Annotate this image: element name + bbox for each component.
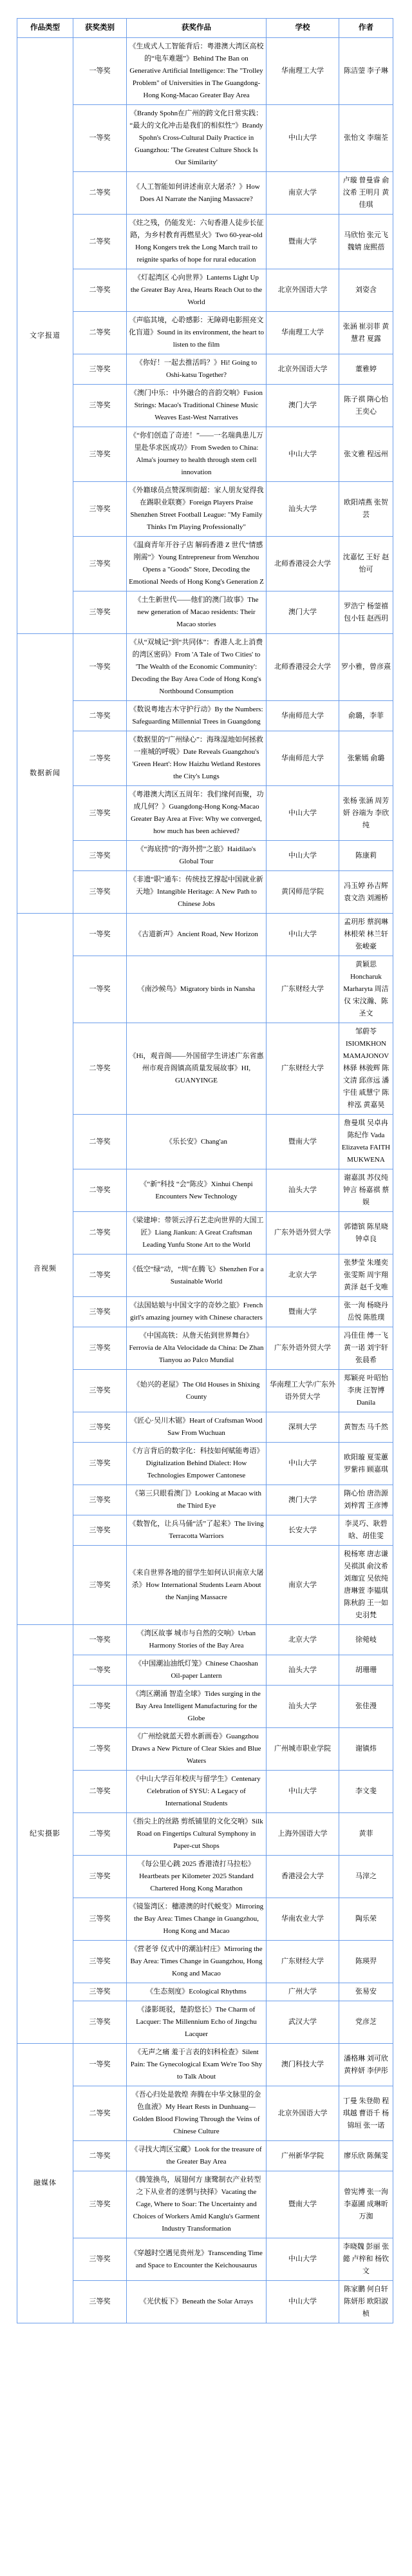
school-cell: 广州新华学院 bbox=[267, 2141, 339, 2171]
author-cell: 陈康莉 bbox=[339, 841, 393, 871]
school-cell: 暨南大学 bbox=[267, 215, 339, 269]
work-cell: 《漆影斑驳，楚韵悠长》The Charm of Lacquer: The Mil… bbox=[127, 2001, 267, 2044]
table-row: 三等奖《澳门中乐：中外融合的音韵交响》Fusion Strings: Macao… bbox=[17, 385, 393, 427]
school-cell: 华南师范大学 bbox=[267, 731, 339, 786]
award-cell: 三等奖 bbox=[73, 2171, 127, 2238]
author-cell: 张一洵 杨晓丹 岳悦 陈胜璞 bbox=[339, 1297, 393, 1327]
work-cell: 《来自世界各地的留学生如何认识南京大屠杀》How International S… bbox=[127, 1546, 267, 1625]
author-cell: 陈瑛羿 bbox=[339, 1941, 393, 1983]
author-cell: 李晓魏 彭丽 张懿 卢梓和 杨钦文 bbox=[339, 2238, 393, 2281]
award-cell: 三等奖 bbox=[73, 871, 127, 914]
work-cell: 《广州绘就蓝天碧水新画卷》Guangzhou Draws a New Pictu… bbox=[127, 1728, 267, 1771]
table-row: 一等奖《中国潮汕油纸灯笼》Chinese Chaoshan Oil-paper … bbox=[17, 1655, 393, 1686]
table-row: 三等奖《“海底捞”的“海外捞”之旅》Haidilao's Global Tour… bbox=[17, 841, 393, 871]
award-cell: 三等奖 bbox=[73, 1443, 127, 1485]
award-cell: 二等奖 bbox=[73, 1212, 127, 1254]
award-cell: 一等奖 bbox=[73, 956, 127, 1023]
author-cell: 廖乐欣 陈佩雯 bbox=[339, 2141, 393, 2171]
author-cell: 张杨 张涵 周芳妍 谷端为 李欣纯 bbox=[339, 786, 393, 841]
school-cell: 北京外国语大学 bbox=[267, 269, 339, 312]
table-row: 二等奖《灯起湾区 心向世界》Lanterns Light Up the Grea… bbox=[17, 269, 393, 312]
table-row: 二等奖《指尖上的丝路 剪纸铺里的文化交响》Silk Road on Finger… bbox=[17, 1813, 393, 1856]
author-cell: 罗浩宁 杨蓥禧 包小钰 赵西玥 bbox=[339, 591, 393, 634]
work-cell: 《“新”科技 “会”陈皮》Xinhui Chenpi Encounters Ne… bbox=[127, 1169, 267, 1212]
table-row: 二等奖《吾心归处是敦煌 奔腾在中华文脉里的金色血液》My Heart Rests… bbox=[17, 2086, 393, 2141]
table-row: 三等奖《温商青年开谷子店 解码香港 Z 世代“情感刚需”》Young Entre… bbox=[17, 537, 393, 591]
award-cell: 三等奖 bbox=[73, 354, 127, 385]
author-cell: 欧阳靖燕 张贺芸 bbox=[339, 482, 393, 537]
school-cell: 华南理工大学 bbox=[267, 38, 339, 105]
table-row: 二等奖《梁建坤：带领云浮石艺走向世界的大国工匠》Liang Jiankun: A… bbox=[17, 1212, 393, 1254]
work-cell: 《腾笼换鸟，展翅何方 康鹭制衣产业转型之下从业者的迷惘与抉择》Vacating … bbox=[127, 2171, 267, 2238]
award-cell: 三等奖 bbox=[73, 1898, 127, 1941]
table-row: 三等奖《始兴的老屋》The Old Houses in Shixing Coun… bbox=[17, 1370, 393, 1412]
header-cell-school: 学校 bbox=[267, 19, 339, 38]
table-row: 三等奖《光伏板下》Beneath the Solar Arrays中山大学陈家鹏… bbox=[17, 2281, 393, 2323]
school-cell: 广州大学 bbox=[267, 1983, 339, 2001]
school-cell: 广东财经大学 bbox=[267, 956, 339, 1023]
school-cell: 南京大学 bbox=[267, 1546, 339, 1625]
school-cell: 中山大学 bbox=[267, 105, 339, 172]
award-cell: 三等奖 bbox=[73, 1412, 127, 1443]
school-cell: 中山大学 bbox=[267, 2281, 339, 2323]
award-cell: 一等奖 bbox=[73, 38, 127, 105]
school-cell: 北京外国语大学 bbox=[267, 2086, 339, 2141]
table-row: 三等奖《土生新世代——他们的澳门故事》The new generation of… bbox=[17, 591, 393, 634]
table-row: 三等奖《第三只眼看澳门》Looking at Macao with the Th… bbox=[17, 1485, 393, 1515]
school-cell: 北京外国语大学 bbox=[267, 354, 339, 385]
school-cell: 暨南大学 bbox=[267, 1297, 339, 1327]
author-cell: 张梦莹 朱瑾奕 张雯斯 周宇翔 黄泽 赵千戈唯 bbox=[339, 1254, 393, 1297]
award-cell: 三等奖 bbox=[73, 1546, 127, 1625]
school-cell: 汕头大学 bbox=[267, 1655, 339, 1686]
author-cell: 詹曼琪 吴卓冉 陈纪作 Vada Elizaveta FAITH MUKWENA bbox=[339, 1115, 393, 1169]
table-row: 三等奖《方言背后的数字化：科技如何赋能粤语》Digitalization Beh… bbox=[17, 1443, 393, 1485]
table-row: 三等奖《粤港澳大湾区五周年：我们缘何而聚，功成几何？》Guangdong-Hon… bbox=[17, 786, 393, 841]
table-row: 三等奖《漆影斑驳，楚韵悠长》The Charm of Lacquer: The … bbox=[17, 2001, 393, 2044]
header-cell-author: 作者 bbox=[339, 19, 393, 38]
school-cell: 黄冈师范学院 bbox=[267, 871, 339, 914]
award-results-table: 作品类型 获奖类别 获奖作品 学校 作者 文字报道一等奖《生成式人工智能背后：粤… bbox=[17, 18, 393, 2323]
work-cell: 《乐长安》Chang'an bbox=[127, 1115, 267, 1169]
author-cell: 邹蔚苓 ISIOMKHON MAMAJONOV 林驿 林骏辉 陈文清 邱彦远 潘… bbox=[339, 1023, 393, 1115]
table-row: 二等奖《人工智能如何讲述南京大屠杀？》How Does AI Narrate t… bbox=[17, 172, 393, 215]
header-row: 作品类型 获奖类别 获奖作品 学校 作者 bbox=[17, 19, 393, 38]
author-cell: 欧阳璇 夏雯蕙 罗紫祎 顾嘉琪 bbox=[339, 1443, 393, 1485]
award-cell: 三等奖 bbox=[73, 1485, 127, 1515]
author-cell: 陈家鹏 何自轩 陈妍彤 欧阳淑桢 bbox=[339, 2281, 393, 2323]
award-cell: 二等奖 bbox=[73, 1254, 127, 1297]
school-cell: 中山大学 bbox=[267, 841, 339, 871]
table-row: 二等奖《低空“绿”动，“圳”在腾飞》Shenzhen For a Sustain… bbox=[17, 1254, 393, 1297]
school-cell: 北京大学 bbox=[267, 1254, 339, 1297]
author-cell: 陈子祺 隋心怡 王奕心 bbox=[339, 385, 393, 427]
award-cell: 二等奖 bbox=[73, 1023, 127, 1115]
school-cell: 北师香港浸会大学 bbox=[267, 634, 339, 701]
award-cell: 三等奖 bbox=[73, 1856, 127, 1898]
table-row: 数据新闻一等奖《从“双城记”到“共同体”：香港人北上消费的湾区密码》From '… bbox=[17, 634, 393, 701]
award-cell: 三等奖 bbox=[73, 1327, 127, 1370]
award-cell: 二等奖 bbox=[73, 731, 127, 786]
author-cell: 曾宪博 张一洵 李嘉圃 成琳昕 万洳 bbox=[339, 2171, 393, 2238]
work-cell: 《人工智能如何讲述南京大屠杀？》How Does AI Narrate the … bbox=[127, 172, 267, 215]
table-row: 二等奖《“新”科技 “会”陈皮》Xinhui Chenpi Encounters… bbox=[17, 1169, 393, 1212]
work-cell: 《指尖上的丝路 剪纸铺里的文化交响》Silk Road on Fingertip… bbox=[127, 1813, 267, 1856]
author-cell: 孟玥彤 蔡润琳 林根荣 林兰轩 张峻豪 bbox=[339, 914, 393, 956]
author-cell: 谢镇炜 bbox=[339, 1728, 393, 1771]
table-row: 三等奖《法国姑娘与中国文字的奇妙之旅》French girl's amazing… bbox=[17, 1297, 393, 1327]
author-cell: 隋心怡 唐浩源 刘梓霄 王彦博 bbox=[339, 1485, 393, 1515]
school-cell: 广东财经大学 bbox=[267, 1941, 339, 1983]
table-row: 二等奖《湾区潮涌 智造全球》Tides surging in the Bay A… bbox=[17, 1686, 393, 1728]
award-cell: 二等奖 bbox=[73, 701, 127, 731]
school-cell: 中山大学 bbox=[267, 2238, 339, 2281]
author-cell: 冯佳佳 傅一飞 黄一诺 刘宇轩 张晨希 bbox=[339, 1327, 393, 1370]
school-cell: 中山大学 bbox=[267, 914, 339, 956]
work-cell: 《第三只眼看澳门》Looking at Macao with the Third… bbox=[127, 1485, 267, 1515]
author-cell: 潘格琳 刘可欣 黄梓妍 李伊彤 bbox=[339, 2044, 393, 2086]
award-cell: 二等奖 bbox=[73, 1771, 127, 1813]
award-cell: 三等奖 bbox=[73, 537, 127, 591]
award-cell: 三等奖 bbox=[73, 2001, 127, 2044]
work-cell: 《Brandy Spohn在广州的跨文化日常实践：“最大的文化冲击是我们的相似性… bbox=[127, 105, 267, 172]
work-cell: 《声临其境，心聆感影：无障碍电影照亮文化盲道》Sound in its envi… bbox=[127, 312, 267, 354]
school-cell: 北京大学 bbox=[267, 1625, 339, 1655]
author-cell: 胡珊珊 bbox=[339, 1655, 393, 1686]
school-cell: 华南农业大学 bbox=[267, 1898, 339, 1941]
school-cell: 澳门大学 bbox=[267, 591, 339, 634]
page: 作品类型 获奖类别 获奖作品 学校 作者 文字报道一等奖《生成式人工智能背后：粤… bbox=[0, 0, 412, 2576]
work-cell: 《始兴的老屋》The Old Houses in Shixing County bbox=[127, 1370, 267, 1412]
work-cell: 《湾区故事 城市与自然的交响》Urban Harmony Stories of … bbox=[127, 1625, 267, 1655]
table-row: 二等奖《Hi，观音阁——外国留学生讲述广东省惠州市观音阁镇高质量发展故事》HI,… bbox=[17, 1023, 393, 1115]
school-cell: 暨南大学 bbox=[267, 2171, 339, 2238]
author-cell: 黄菲 bbox=[339, 1813, 393, 1856]
work-cell: 《方言背后的数字化：科技如何赋能粤语》Digitalization Behind… bbox=[127, 1443, 267, 1485]
table-row: 三等奖《穿越时空遇见贵州龙》Transcending Time and Spac… bbox=[17, 2238, 393, 2281]
author-cell: 卢璇 曾曼睿 俞汶希 王明月 黄佳琪 bbox=[339, 172, 393, 215]
table-row: 三等奖《匠心·吴川木锯》Heart of Craftsman Wood Saw … bbox=[17, 1412, 393, 1443]
table-row: 二等奖《中山大学百年校庆与留学生》Centenary Celebration o… bbox=[17, 1771, 393, 1813]
work-cell: 《匠心·吴川木锯》Heart of Craftsman Wood Saw Fro… bbox=[127, 1412, 267, 1443]
table-row: 二等奖《炷之残，仍能发光：六旬香港人徒步长征路，为乡村教育再燃星火》Two 60… bbox=[17, 215, 393, 269]
author-cell: 郭德镔 陈星晓 钟卓良 bbox=[339, 1212, 393, 1254]
author-cell: 陶乐荣 bbox=[339, 1898, 393, 1941]
author-cell: 李灵巧、耿碧晗、胡佳雯 bbox=[339, 1515, 393, 1546]
award-cell: 三等奖 bbox=[73, 841, 127, 871]
author-cell: 张文雅 程远州 bbox=[339, 427, 393, 482]
work-cell: 《营老爷 仪式中的潮汕村庄》Mirroring the Bay Area: Ti… bbox=[127, 1941, 267, 1983]
award-cell: 二等奖 bbox=[73, 215, 127, 269]
table-row: 二等奖《声临其境，心聆感影：无障碍电影照亮文化盲道》Sound in its e… bbox=[17, 312, 393, 354]
school-cell: 澳门科技大学 bbox=[267, 2044, 339, 2086]
author-cell: 徐菀岐 bbox=[339, 1625, 393, 1655]
award-cell: 二等奖 bbox=[73, 269, 127, 312]
author-cell: 董雅婷 bbox=[339, 354, 393, 385]
work-cell: 《“你们创造了奇迹！”——一名瑞典患儿万里赴华求医成功》From Sweden … bbox=[127, 427, 267, 482]
category-cell: 融媒体 bbox=[17, 2044, 73, 2323]
award-cell: 一等奖 bbox=[73, 1655, 127, 1686]
table-row: 二等奖《寻找大湾区宝藏》Look for the treasure of the… bbox=[17, 2141, 393, 2171]
author-cell: 冯玉婷 孙吉辉 袁文浩 刘湘桥 bbox=[339, 871, 393, 914]
school-cell: 南京大学 bbox=[267, 172, 339, 215]
work-cell: 《土生新世代——他们的澳门故事》The new generation of Ma… bbox=[127, 591, 267, 634]
school-cell: 广州城市职业学院 bbox=[267, 1728, 339, 1771]
table-row: 三等奖《腾笼换鸟，展翅何方 康鹭制衣产业转型之下从业者的迷惘与抉择》Vacati… bbox=[17, 2171, 393, 2238]
table-row: 三等奖《镜鉴湾区：穗港澳的时代蜕变》Mirroring the Bay Area… bbox=[17, 1898, 393, 1941]
work-cell: 《梁建坤：带领云浮石艺走向世界的大国工匠》Liang Jiankun: A Gr… bbox=[127, 1212, 267, 1254]
school-cell: 中山大学 bbox=[267, 427, 339, 482]
award-cell: 二等奖 bbox=[73, 1115, 127, 1169]
award-cell: 二等奖 bbox=[73, 2141, 127, 2171]
work-cell: 《澳门中乐：中外融合的音韵交响》Fusion Strings: Macao's … bbox=[127, 385, 267, 427]
school-cell: 中山大学 bbox=[267, 1771, 339, 1813]
award-cell: 二等奖 bbox=[73, 1169, 127, 1212]
work-cell: 《穿越时空遇见贵州龙》Transcending Time and Space t… bbox=[127, 2238, 267, 2281]
school-cell: 广东财经大学 bbox=[267, 1023, 339, 1115]
award-cell: 一等奖 bbox=[73, 914, 127, 956]
table-row: 二等奖《乐长安》Chang'an暨南大学詹曼琪 吴卓冉 陈纪作 Vada Eli… bbox=[17, 1115, 393, 1169]
work-cell: 《非遗“职”通车：传统技艺撑起中国就业新天地》Intangible Herita… bbox=[127, 871, 267, 914]
author-cell: 马欣怡 张元飞 魏婧 庞熙蓓 bbox=[339, 215, 393, 269]
table-row: 三等奖《中国高铁：从詹天佑到世界舞台》Ferrovia de Alta Velo… bbox=[17, 1327, 393, 1370]
table-row: 文字报道一等奖《生成式人工智能背后：粤港澳大湾区高校的“电车难题”》Behind… bbox=[17, 38, 393, 105]
award-cell: 二等奖 bbox=[73, 2086, 127, 2141]
author-cell: 税杨寒 唐志谦 吴祺淇 俞汶希 刘珈宜 吴依纯 唐琳萱 李韫琪 陈秋韵 王一如 … bbox=[339, 1546, 393, 1625]
award-cell: 二等奖 bbox=[73, 1686, 127, 1728]
school-cell: 华南师范大学 bbox=[267, 701, 339, 731]
author-cell: 张涵 崔羽菲 黄慧君 夏露 bbox=[339, 312, 393, 354]
results-body: 文字报道一等奖《生成式人工智能背后：粤港澳大湾区高校的“电车难题”》Behind… bbox=[17, 38, 393, 2323]
school-cell: 武汉大学 bbox=[267, 2001, 339, 2044]
work-cell: 《“海底捞”的“海外捞”之旅》Haidilao's Global Tour bbox=[127, 841, 267, 871]
table-row: 三等奖《营老爷 仪式中的潮汕村庄》Mirroring the Bay Area:… bbox=[17, 1941, 393, 1983]
table-row: 二等奖《广州绘就蓝天碧水新画卷》Guangzhou Draws a New Pi… bbox=[17, 1728, 393, 1771]
school-cell: 华南理工大学 bbox=[267, 312, 339, 354]
author-cell: 谢嘉淇 苏仪纯 钟言 杨嘉祺 蔡娱 bbox=[339, 1169, 393, 1212]
award-cell: 三等奖 bbox=[73, 385, 127, 427]
school-cell: 中山大学 bbox=[267, 1443, 339, 1485]
table-row: 三等奖《数智化，让兵马俑“活”了起来》The living Terracotta… bbox=[17, 1515, 393, 1546]
work-cell: 《中山大学百年校庆与留学生》Centenary Celebration of S… bbox=[127, 1771, 267, 1813]
school-cell: 上海外国语大学 bbox=[267, 1813, 339, 1856]
school-cell: 汕头大学 bbox=[267, 1169, 339, 1212]
header-cell-category: 作品类型 bbox=[17, 19, 73, 38]
work-cell: 《寻找大湾区宝藏》Look for the treasure of the Gr… bbox=[127, 2141, 267, 2171]
work-cell: 《数智化，让兵马俑“活”了起来》The living Terracotta Wa… bbox=[127, 1515, 267, 1546]
work-cell: 《你好！一起去推活吗？》Hi! Going to Oshi-katsu Toge… bbox=[127, 354, 267, 385]
work-cell: 《中国潮汕油纸灯笼》Chinese Chaoshan Oil-paper Lan… bbox=[127, 1655, 267, 1686]
table-row: 三等奖《生态刻度》Ecological Rhythms广州大学张易安 bbox=[17, 1983, 393, 2001]
author-cell: 张紫嫣 俞璐 bbox=[339, 731, 393, 786]
award-cell: 三等奖 bbox=[73, 427, 127, 482]
table-row: 三等奖《你好！一起去推活吗？》Hi! Going to Oshi-katsu T… bbox=[17, 354, 393, 385]
author-cell: 罗小雅，曾彦熹 bbox=[339, 634, 393, 701]
author-cell: 李文斐 bbox=[339, 1771, 393, 1813]
work-cell: 《生成式人工智能背后：粤港澳大湾区高校的“电车难题”》Behind The Ba… bbox=[127, 38, 267, 105]
author-cell: 党彦芝 bbox=[339, 2001, 393, 2044]
award-cell: 二等奖 bbox=[73, 312, 127, 354]
award-cell: 三等奖 bbox=[73, 1941, 127, 1983]
author-cell: 黄智杰 马千然 bbox=[339, 1412, 393, 1443]
award-cell: 三等奖 bbox=[73, 1370, 127, 1412]
award-cell: 三等奖 bbox=[73, 1297, 127, 1327]
author-cell: 刘姿含 bbox=[339, 269, 393, 312]
table-row: 音视频一等奖《古道新声》Ancient Road, New Horizon中山大… bbox=[17, 914, 393, 956]
work-cell: 《南沙候鸟》Migratory birds in Nansha bbox=[127, 956, 267, 1023]
table-row: 二等奖《数说粤地古木守护行动》By the Numbers: Safeguard… bbox=[17, 701, 393, 731]
table-row: 一等奖《南沙候鸟》Migratory birds in Nansha广东财经大学… bbox=[17, 956, 393, 1023]
work-cell: 《灯起湾区 心向世界》Lanterns Light Up the Greater… bbox=[127, 269, 267, 312]
award-cell: 三等奖 bbox=[73, 482, 127, 537]
work-cell: 《古道新声》Ancient Road, New Horizon bbox=[127, 914, 267, 956]
school-cell: 香港浸会大学 bbox=[267, 1856, 339, 1898]
award-cell: 三等奖 bbox=[73, 2238, 127, 2281]
header-cell-work: 获奖作品 bbox=[127, 19, 267, 38]
table-row: 三等奖《非遗“职”通车：传统技艺撑起中国就业新天地》Intangible Her… bbox=[17, 871, 393, 914]
award-cell: 二等奖 bbox=[73, 1813, 127, 1856]
author-cell: 俞璐，李菲 bbox=[339, 701, 393, 731]
work-cell: 《Hi，观音阁——外国留学生讲述广东省惠州市观音阁镇高质量发展故事》HI, GU… bbox=[127, 1023, 267, 1115]
school-cell: 暨南大学 bbox=[267, 1115, 339, 1169]
award-cell: 二等奖 bbox=[73, 1728, 127, 1771]
work-cell: 《炷之残，仍能发光：六旬香港人徒步长征路，为乡村教育再燃星火》Two 60-ye… bbox=[127, 215, 267, 269]
school-cell: 澳门大学 bbox=[267, 1485, 339, 1515]
table-row: 二等奖《数据里的“广州绿心”：海珠湿地如何拯救一座城的呼吸》Date Revea… bbox=[17, 731, 393, 786]
table-row: 三等奖《“你们创造了奇迹！”——一名瑞典患儿万里赴华求医成功》From Swed… bbox=[17, 427, 393, 482]
award-cell: 一等奖 bbox=[73, 1625, 127, 1655]
author-cell: 张易安 bbox=[339, 1983, 393, 2001]
work-cell: 《无声之痛 羞于言表的妇科检查》Silent Pain: The Gynecol… bbox=[127, 2044, 267, 2086]
award-cell: 三等奖 bbox=[73, 591, 127, 634]
table-row: 三等奖《外籍球员点赞深圳街超：家人朋友觉得我在踢职业联赛》Foreign Pla… bbox=[17, 482, 393, 537]
category-cell: 文字报道 bbox=[17, 38, 73, 634]
award-cell: 二等奖 bbox=[73, 172, 127, 215]
table-row: 三等奖《来自世界各地的留学生如何认识南京大屠杀》How Internationa… bbox=[17, 1546, 393, 1625]
work-cell: 《从“双城记”到“共同体”：香港人北上消费的湾区密码》From 'A Tale … bbox=[127, 634, 267, 701]
work-cell: 《生态刻度》Ecological Rhythms bbox=[127, 1983, 267, 2001]
work-cell: 《湾区潮涌 智造全球》Tides surging in the Bay Area… bbox=[127, 1686, 267, 1728]
author-cell: 陈洁蓥 李子琳 bbox=[339, 38, 393, 105]
school-cell: 长安大学 bbox=[267, 1515, 339, 1546]
work-cell: 《数据里的“广州绿心”：海珠湿地如何拯救一座城的呼吸》Date Reveals … bbox=[127, 731, 267, 786]
award-cell: 一等奖 bbox=[73, 105, 127, 172]
award-cell: 三等奖 bbox=[73, 1515, 127, 1546]
school-cell: 汕头大学 bbox=[267, 482, 339, 537]
work-cell: 《中国高铁：从詹天佑到世界舞台》Ferrovia de Alta Velocid… bbox=[127, 1327, 267, 1370]
category-cell: 音视频 bbox=[17, 914, 73, 1625]
author-cell: 张怡文 李瑞荃 bbox=[339, 105, 393, 172]
category-cell: 数据新闻 bbox=[17, 634, 73, 914]
work-cell: 《低空“绿”动，“圳”在腾飞》Shenzhen For a Sustainabl… bbox=[127, 1254, 267, 1297]
award-cell: 一等奖 bbox=[73, 634, 127, 701]
school-cell: 深圳大学 bbox=[267, 1412, 339, 1443]
author-cell: 郑颖亮 叶昭怡 李庚 汪智博 Danila bbox=[339, 1370, 393, 1412]
author-cell: 马滓之 bbox=[339, 1856, 393, 1898]
work-cell: 《光伏板下》Beneath the Solar Arrays bbox=[127, 2281, 267, 2323]
school-cell: 中山大学 bbox=[267, 786, 339, 841]
school-cell: 澳门大学 bbox=[267, 385, 339, 427]
award-cell: 一等奖 bbox=[73, 2044, 127, 2086]
work-cell: 《镜鉴湾区：穗港澳的时代蜕变》Mirroring the Bay Area: T… bbox=[127, 1898, 267, 1941]
award-cell: 三等奖 bbox=[73, 1983, 127, 2001]
work-cell: 《温商青年开谷子店 解码香港 Z 世代“情感刚需”》Young Entrepre… bbox=[127, 537, 267, 591]
school-cell: 广东外语外贸大学 bbox=[267, 1212, 339, 1254]
author-cell: 黄颖思 Honcharuk Marharyta 周洁仪 宋汶瀚、陈圣文 bbox=[339, 956, 393, 1023]
author-cell: 沈嘉忆 王好 赵怡可 bbox=[339, 537, 393, 591]
work-cell: 《每公里心跳 2025 香港渣打马拉松》Heartbeats per Kilom… bbox=[127, 1856, 267, 1898]
school-cell: 广东外语外贸大学 bbox=[267, 1327, 339, 1370]
table-row: 一等奖《Brandy Spohn在广州的跨文化日常实践：“最大的文化冲击是我们的… bbox=[17, 105, 393, 172]
author-cell: 张佳漫 bbox=[339, 1686, 393, 1728]
header-cell-award: 获奖类别 bbox=[73, 19, 127, 38]
author-cell: 丁曼 朱登勋 程琪越 曹语千 杨锦垣 张一诺 bbox=[339, 2086, 393, 2141]
work-cell: 《数说粤地古木守护行动》By the Numbers: Safeguarding… bbox=[127, 701, 267, 731]
school-cell: 汕头大学 bbox=[267, 1686, 339, 1728]
table-row: 纪实摄影一等奖《湾区故事 城市与自然的交响》Urban Harmony Stor… bbox=[17, 1625, 393, 1655]
table-row: 三等奖《每公里心跳 2025 香港渣打马拉松》Heartbeats per Ki… bbox=[17, 1856, 393, 1898]
award-cell: 三等奖 bbox=[73, 2281, 127, 2323]
work-cell: 《法国姑娘与中国文字的奇妙之旅》French girl's amazing jo… bbox=[127, 1297, 267, 1327]
school-cell: 北师香港浸会大学 bbox=[267, 537, 339, 591]
work-cell: 《粤港澳大湾区五周年：我们缘何而聚，功成几何？》Guangdong-Hong K… bbox=[127, 786, 267, 841]
school-cell: 华南理工大学/广东外语外贸大学 bbox=[267, 1370, 339, 1412]
work-cell: 《吾心归处是敦煌 奔腾在中华文脉里的金色血液》My Heart Rests in… bbox=[127, 2086, 267, 2141]
table-row: 融媒体一等奖《无声之痛 羞于言表的妇科检查》Silent Pain: The G… bbox=[17, 2044, 393, 2086]
category-cell: 纪实摄影 bbox=[17, 1625, 73, 2044]
work-cell: 《外籍球员点赞深圳街超：家人朋友觉得我在踢职业联赛》Foreign Player… bbox=[127, 482, 267, 537]
award-cell: 三等奖 bbox=[73, 786, 127, 841]
